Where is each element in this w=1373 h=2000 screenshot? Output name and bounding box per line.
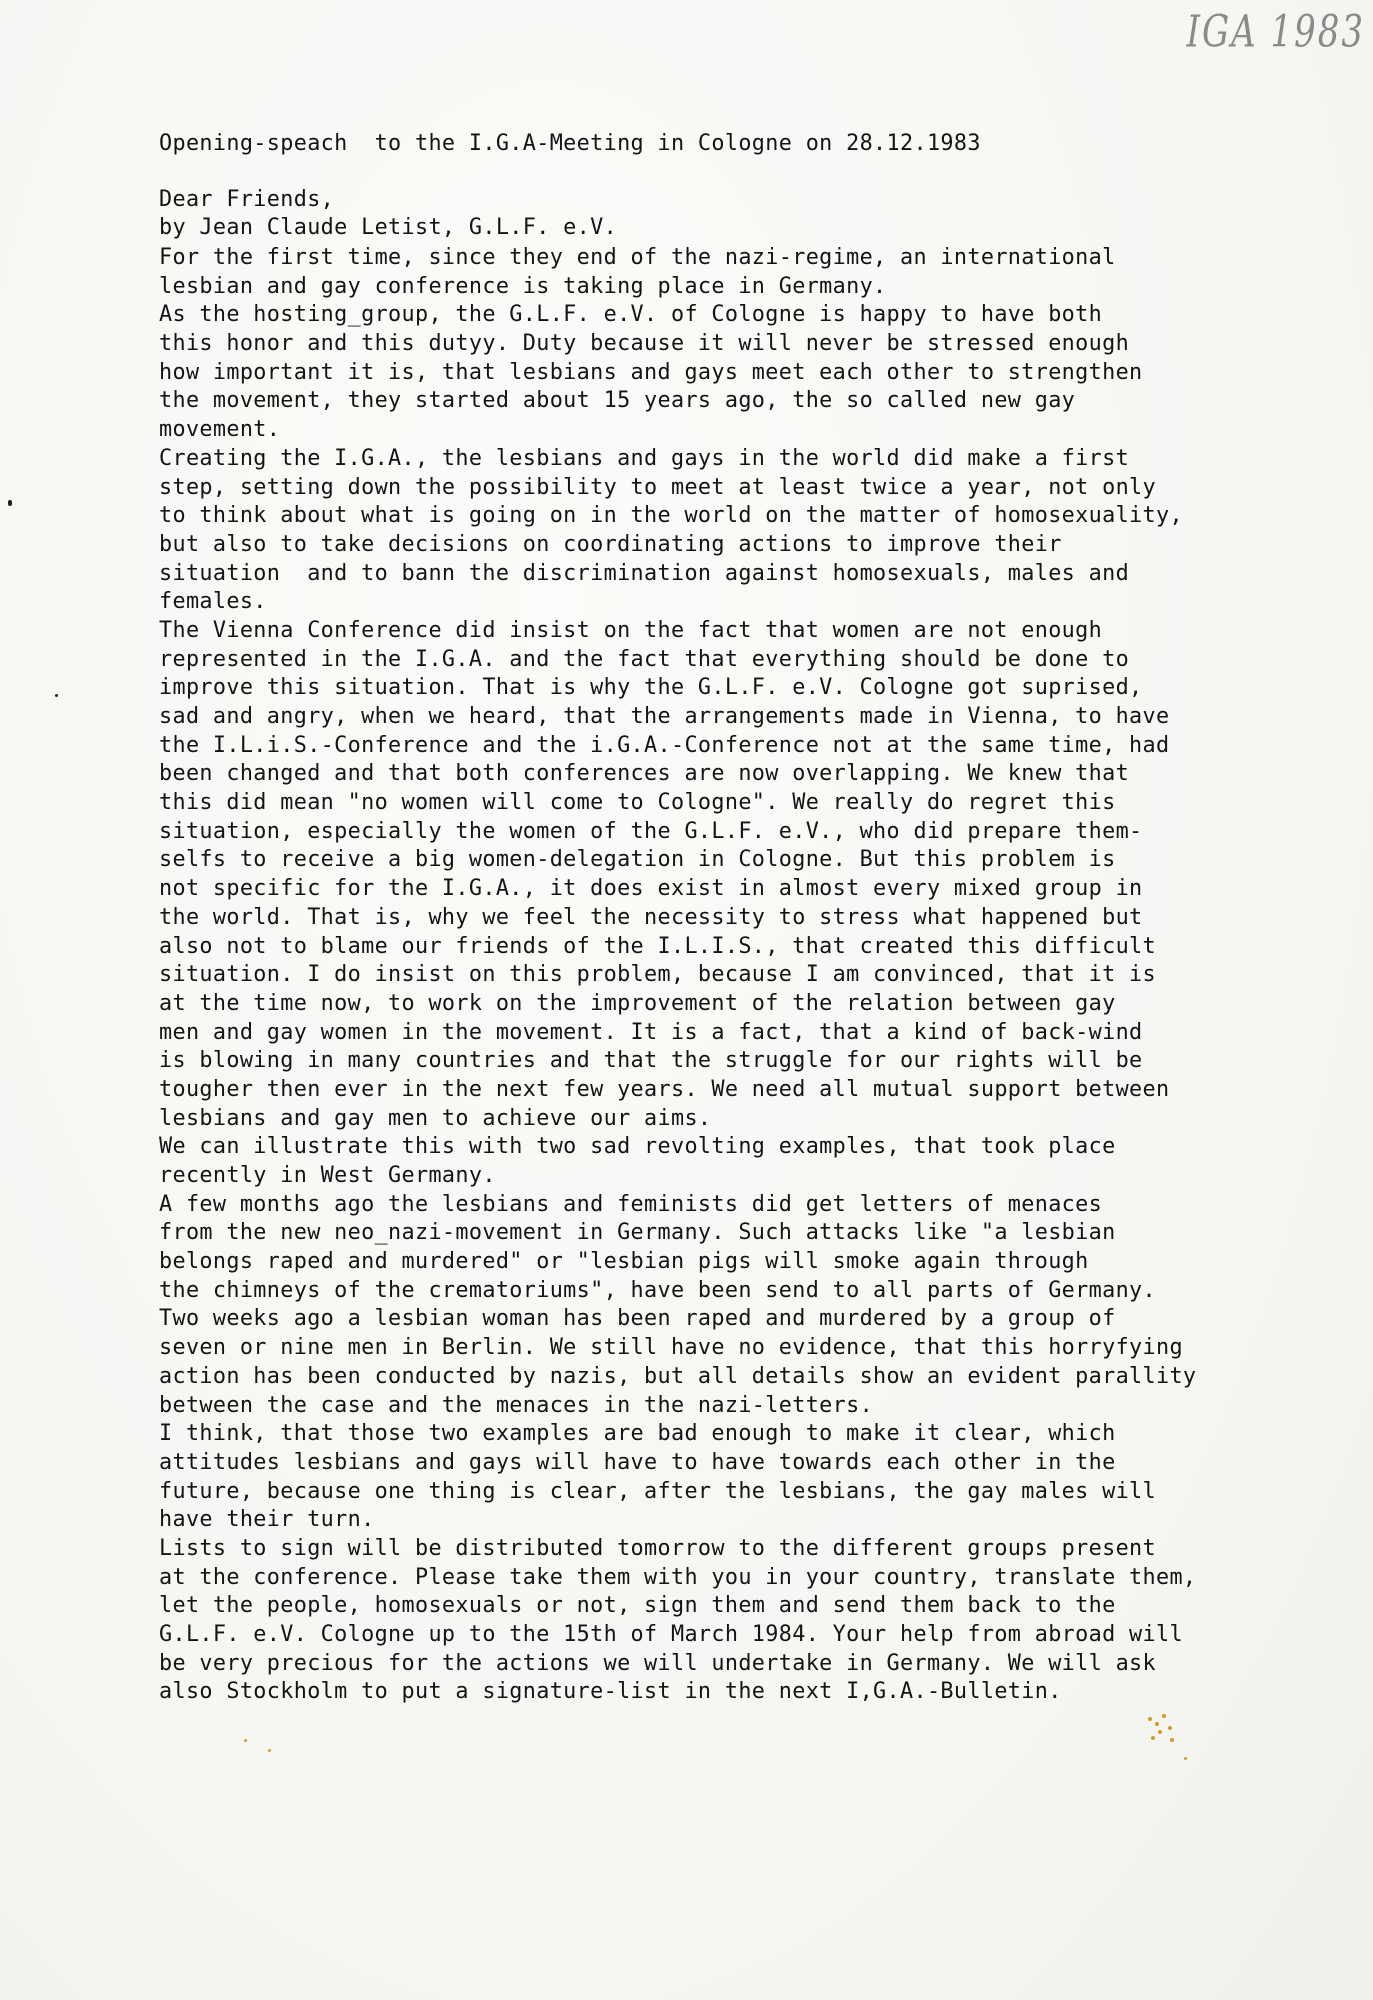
text-line: females. (159, 588, 1196, 617)
text-line: also Stockholm to put a signature-list i… (159, 1678, 1196, 1707)
text-line: situation. I do insist on this problem, … (159, 961, 1196, 990)
text-line: movement. (159, 416, 1196, 445)
stain-spot (1151, 1736, 1155, 1740)
text-line: to think about what is going on in the w… (159, 502, 1196, 531)
text-line: between the case and the menaces in the … (159, 1392, 1196, 1421)
text-line: been changed and that both conferences a… (159, 760, 1196, 789)
text-line: Two weeks ago a lesbian woman has been r… (159, 1305, 1196, 1334)
text-line: selfs to receive a big women-delegation … (159, 846, 1196, 875)
ink-speck (55, 694, 58, 697)
text-line: A few months ago the lesbians and femini… (159, 1191, 1196, 1220)
stain-spot (1155, 1722, 1159, 1726)
text-line: tougher then ever in the next few years.… (159, 1076, 1196, 1105)
text-line: the chimneys of the crematoriums", have … (159, 1277, 1196, 1306)
stain-spot (1168, 1726, 1172, 1730)
stain-spot (268, 1749, 271, 1752)
salutation: Dear Friends, (159, 186, 334, 214)
stain-spot (1184, 1757, 1187, 1760)
stain-spot (1158, 1730, 1162, 1734)
text-line: situation, especially the women of the G… (159, 818, 1196, 847)
text-line: We can illustrate this with two sad revo… (159, 1133, 1196, 1162)
text-line: the movement, they started about 15 year… (159, 387, 1196, 416)
text-line: not specific for the I.G.A., it does exi… (159, 875, 1196, 904)
stain-spot (1162, 1714, 1166, 1718)
text-line: For the first time, since they end of th… (159, 244, 1196, 273)
text-line: seven or nine men in Berlin. We still ha… (159, 1334, 1196, 1363)
text-line: men and gay women in the movement. It is… (159, 1019, 1196, 1048)
text-line: attitudes lesbians and gays will have to… (159, 1449, 1196, 1478)
text-line: also not to blame our friends of the I.L… (159, 933, 1196, 962)
text-line: belongs raped and murdered" or "lesbian … (159, 1248, 1196, 1277)
text-line: the I.L.i.S.-Conference and the i.G.A.-C… (159, 732, 1196, 761)
text-line: recently in West Germany. (159, 1162, 1196, 1191)
text-line: step, setting down the possibility to me… (159, 474, 1196, 503)
text-line: The Vienna Conference did insist on the … (159, 617, 1196, 646)
text-line: at the conference. Please take them with… (159, 1564, 1196, 1593)
text-line: this honor and this dutyy. Duty because … (159, 330, 1196, 359)
text-line: but also to take decisions on coordinati… (159, 531, 1196, 560)
text-line: improve this situation. That is why the … (159, 674, 1196, 703)
text-line: As the hosting_group, the G.L.F. e.V. of… (159, 301, 1196, 330)
text-line: Creating the I.G.A., the lesbians and ga… (159, 445, 1196, 474)
stain-spot (244, 1739, 247, 1742)
text-line: represented in the I.G.A. and the fact t… (159, 646, 1196, 675)
text-line: have their turn. (159, 1506, 1196, 1535)
text-line: G.L.F. e.V. Cologne up to the 15th of Ma… (159, 1621, 1196, 1650)
text-line: is blowing in many countries and that th… (159, 1047, 1196, 1076)
text-line: action has been conducted by nazis, but … (159, 1363, 1196, 1392)
text-line: how important it is, that lesbians and g… (159, 359, 1196, 388)
ink-speck (8, 500, 12, 506)
text-line: Lists to sign will be distributed tomorr… (159, 1535, 1196, 1564)
speech-title: Opening-speach to the I.G.A-Meeting in C… (159, 130, 981, 158)
text-line: sad and angry, when we heard, that the a… (159, 703, 1196, 732)
text-line: this did mean "no women will come to Col… (159, 789, 1196, 818)
stain-spot (1148, 1717, 1152, 1721)
speech-author: by Jean Claude Letist, G.L.F. e.V. (159, 214, 981, 242)
text-line: I think, that those two examples are bad… (159, 1420, 1196, 1449)
text-line: lesbians and gay men to achieve our aims… (159, 1105, 1196, 1134)
text-line: at the time now, to work on the improvem… (159, 990, 1196, 1019)
stain-spot (1170, 1738, 1174, 1742)
text-line: the world. That is, why we feel the nece… (159, 904, 1196, 933)
text-line: situation and to bann the discrimination… (159, 560, 1196, 589)
text-line: from the new neo_nazi-movement in German… (159, 1219, 1196, 1248)
text-line: let the people, homosexuals or not, sign… (159, 1592, 1196, 1621)
speech-body: For the first time, since they end of th… (159, 244, 1196, 1707)
text-line: lesbian and gay conference is taking pla… (159, 273, 1196, 302)
handwritten-annotation: IGA 1983 (1187, 6, 1365, 58)
document-page: IGA 1983 Opening-speach to the I.G.A-Mee… (0, 0, 1373, 2000)
text-line: future, because one thing is clear, afte… (159, 1478, 1196, 1507)
text-line: be very precious for the actions we will… (159, 1650, 1196, 1679)
